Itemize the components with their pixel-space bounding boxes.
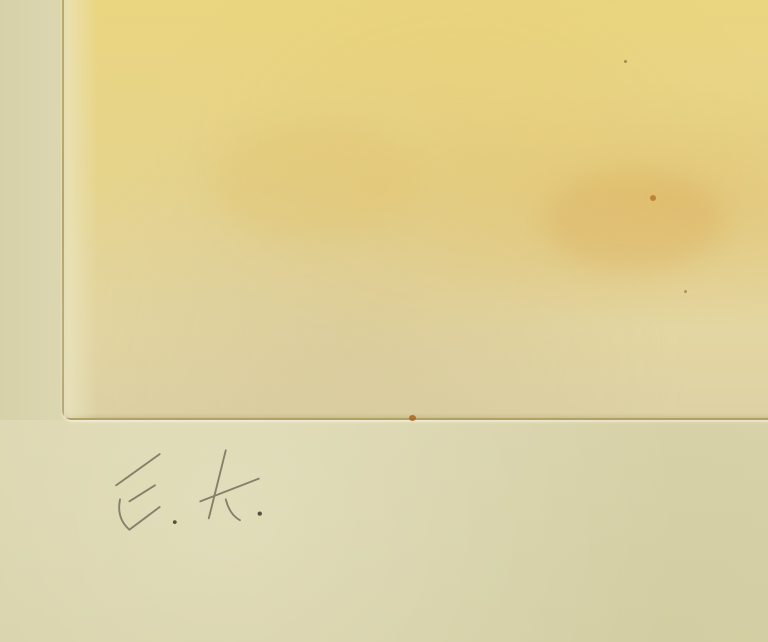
foxing-spot: [624, 60, 627, 63]
plate-edge-highlight: [64, 0, 98, 418]
tone-blotch: [214, 120, 414, 240]
pencil-signature: E. K.: [103, 440, 273, 540]
etching-plate-area: [62, 0, 768, 420]
foxing-spot: [684, 290, 687, 293]
signature-strokes-icon: [103, 440, 273, 540]
tone-blotch: [544, 170, 724, 270]
foxing-spot: [409, 415, 416, 421]
